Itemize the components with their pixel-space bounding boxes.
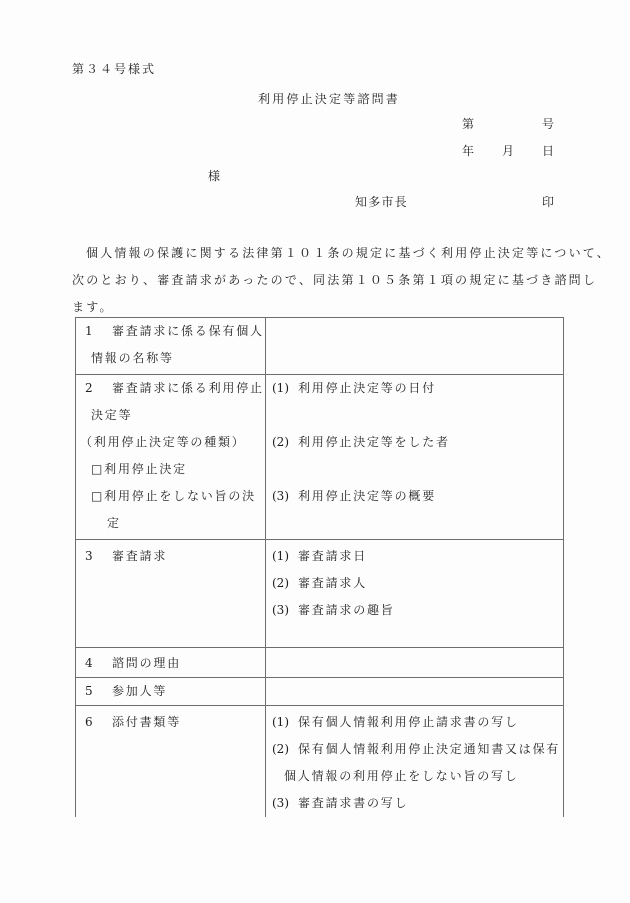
row-label: 情報の名称等 xyxy=(85,345,257,372)
inquiry-table: 1審査請求に係る保有個人 情報の名称等 2審査請求に係る利用停止 決定等 （利用… xyxy=(75,317,564,817)
row-label-cell: 3審査請求 xyxy=(76,540,266,648)
addressee-suffix: 様 xyxy=(208,169,220,183)
row-label-cell: 5参加人等 xyxy=(76,678,266,706)
number-prefix: 第 xyxy=(462,117,474,131)
row-label: 審査請求に係る保有個人 xyxy=(112,324,264,338)
checkbox-label: 定 xyxy=(85,510,257,537)
table-row: 1審査請求に係る保有個人 情報の名称等 xyxy=(76,318,564,375)
row-label: 審査請求 xyxy=(112,549,167,563)
row-label-cell: 2審査請求に係る利用停止 決定等 （利用停止決定等の種類） □利用停止決定 □利… xyxy=(76,375,266,540)
row-label: 諮問の理由 xyxy=(112,656,181,670)
item-text: 審査請求人 xyxy=(298,576,367,590)
row-number: 6 xyxy=(85,709,112,736)
paragraph-line: 個人情報の保護に関する法律第１０１条の規定に基づく利用停止決定等について、 xyxy=(72,240,572,267)
item-number: (1) xyxy=(272,543,298,570)
item-text: 利用停止決定等の日付 xyxy=(298,381,436,395)
item-text: 保有個人情報利用停止請求書の写し xyxy=(298,715,519,729)
checkbox-icon[interactable]: □ xyxy=(91,462,104,476)
table-row: 2審査請求に係る利用停止 決定等 （利用停止決定等の種類） □利用停止決定 □利… xyxy=(76,375,564,540)
row-label-cell: 4諮問の理由 xyxy=(76,648,266,678)
item-number: (2) xyxy=(272,429,298,456)
row-number: 5 xyxy=(85,678,112,705)
item-number: (3) xyxy=(272,483,298,510)
checkbox-label: 利用停止をしない旨の決 xyxy=(104,489,256,503)
item-number: (1) xyxy=(272,709,298,736)
checkbox-icon[interactable]: □ xyxy=(91,489,104,503)
table-row: 6添付書類等 (1)保有個人情報利用停止請求書の写し (2)保有個人情報利用停止… xyxy=(76,706,564,818)
item-text-continuation: 個人情報の利用停止をしない旨の写し xyxy=(272,763,555,790)
checkbox-label: 利用停止決定 xyxy=(104,462,187,476)
sender-name: 知多市長 xyxy=(355,195,408,209)
form-number: 第３４号様式 xyxy=(72,62,156,76)
table-row: 4諮問の理由 xyxy=(76,648,564,678)
row-number: 2 xyxy=(85,375,112,402)
date-year: 年 xyxy=(462,144,474,158)
number-suffix: 号 xyxy=(542,117,554,131)
table-row: 3審査請求 (1)審査請求日 (2)審査請求人 (3)審査請求の趣旨 xyxy=(76,540,564,648)
seal-mark: 印 xyxy=(542,195,554,209)
row-label-cell: 6添付書類等 xyxy=(76,706,266,818)
checkbox-option-no-stop-decision[interactable]: □利用停止をしない旨の決 xyxy=(85,483,257,510)
item-text: 保有個人情報利用停止決定通知書又は保有 xyxy=(298,742,560,756)
row-content-cell[interactable] xyxy=(266,648,564,678)
row-label: 参加人等 xyxy=(112,684,167,698)
row-number: 3 xyxy=(85,543,112,570)
item-number: (2) xyxy=(272,736,298,763)
row-content-cell: (1)保有個人情報利用停止請求書の写し (2)保有個人情報利用停止決定通知書又は… xyxy=(266,706,564,818)
item-number: (3) xyxy=(272,790,298,817)
checkbox-option-stop-decision[interactable]: □利用停止決定 xyxy=(85,456,257,483)
item-text: 審査請求の趣旨 xyxy=(298,603,395,617)
item-number: (3) xyxy=(272,597,298,624)
row-label-cell: 1審査請求に係る保有個人 情報の名称等 xyxy=(76,318,266,375)
row-label: 決定等 xyxy=(85,402,257,429)
item-text: 審査請求書の写し xyxy=(298,796,408,810)
row-content-cell: (1)利用停止決定等の日付 (2)利用停止決定等をした者 (3)利用停止決定等の… xyxy=(266,375,564,540)
row-content-cell[interactable] xyxy=(266,678,564,706)
row-number: 1 xyxy=(85,318,112,345)
item-text: 審査請求日 xyxy=(298,549,367,563)
item-number: (1) xyxy=(272,375,298,402)
item-text: 利用停止決定等の概要 xyxy=(298,489,436,503)
row-label: 審査請求に係る利用停止 xyxy=(112,381,264,395)
item-number: (2) xyxy=(272,570,298,597)
table-row: 5参加人等 xyxy=(76,678,564,706)
item-text: 利用停止決定等をした者 xyxy=(298,435,450,449)
paragraph-line: 次のとおり、審査請求があったので、同法第１０５条第１項の規定に基づき諮問し xyxy=(72,267,572,294)
type-heading: （利用停止決定等の種類） xyxy=(80,429,257,456)
body-paragraph: 個人情報の保護に関する法律第１０１条の規定に基づく利用停止決定等について、 次の… xyxy=(72,240,572,321)
row-number: 4 xyxy=(85,650,112,677)
document-title: 利用停止決定等諮問書 xyxy=(258,92,400,106)
date-month: 月 xyxy=(502,144,514,158)
row-content-cell[interactable] xyxy=(266,318,564,375)
row-content-cell: (1)審査請求日 (2)審査請求人 (3)審査請求の趣旨 xyxy=(266,540,564,648)
row-label: 添付書類等 xyxy=(112,715,181,729)
date-day: 日 xyxy=(542,144,554,158)
